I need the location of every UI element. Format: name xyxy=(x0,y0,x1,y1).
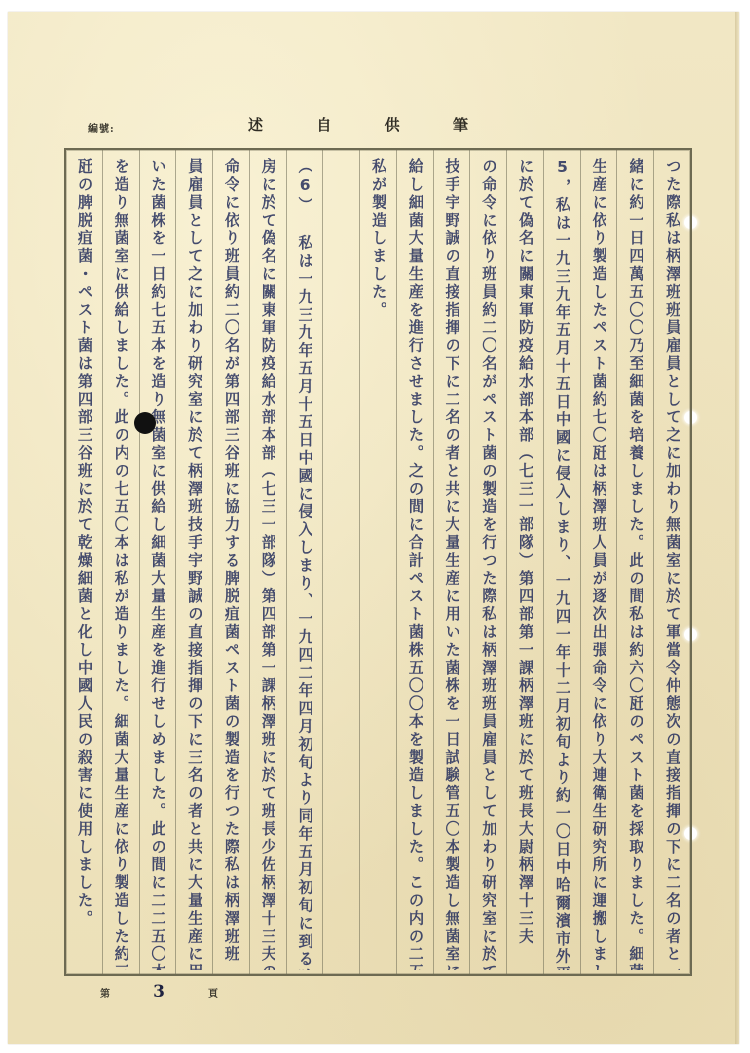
column-text: の命令に依り班員約二〇名がペスト菌の製造を行つた際私は柄澤班班員雇員として加わり… xyxy=(481,150,497,970)
text-column: 私が製造しました。 xyxy=(359,150,396,974)
text-column: 瓩の脾脱疽菌・ペスト菌は第四部三谷班に於て乾燥細菌と化し中國人民の殺害に使用しま… xyxy=(66,150,102,974)
column-text: に於て偽名に關東軍防疫給水部本部（七三一部隊）第四部第一課柄澤班に於て班長大尉柄… xyxy=(517,150,533,970)
text-column: 生産に依り製造したペスト菌約七〇瓩は柄澤班人員が逐次出張命令に依り大連衛生研究所… xyxy=(580,150,617,974)
text-column: 給し細菌大量生産を進行させました。之の間に合計ペスト菌株五〇〇本を製造しました。… xyxy=(396,150,433,974)
text-column: の命令に依り班員約二〇名がペスト菌の製造を行つた際私は柄澤班班員雇員として加わり… xyxy=(469,150,506,974)
title-char: 供 xyxy=(385,114,400,135)
text-column: 技手宇野誠の直接指揮の下に二名の者と共に大量生産に用いた菌株を一日試験管五〇本製… xyxy=(433,150,470,974)
title-char: 自 xyxy=(316,114,331,135)
column-text: 給し細菌大量生産を進行させました。之の間に合計ペスト菌株五〇〇本を製造しました。… xyxy=(407,150,423,970)
text-column: 命令に依り班員約二〇名が第四部三谷班に協力する脾脱疽菌ペスト菌の製造を行つた際私… xyxy=(212,150,249,974)
column-text: 緒に約一日四萬五〇〇乃至細菌を培養しました。此の間私は約六〇瓩のペスト菌を採取り… xyxy=(628,150,644,970)
text-column: に於て偽名に關東軍防疫給水部本部（七三一部隊）第四部第一課柄澤班に於て班長大尉柄… xyxy=(506,150,543,974)
text-column: を造り無菌室に供給しました。此の内の七五〇本は私が造りました。細菌大量生産に依り… xyxy=(102,150,139,974)
text-column: つた際私は柄澤班班員雇員として之に加わり無菌室に於て軍當令仲態次の直接指揮の下に… xyxy=(653,150,690,974)
ruled-writing-frame: つた際私は柄澤班班員雇員として之に加わり無菌室に於て軍當令仲態次の直接指揮の下に… xyxy=(64,148,692,976)
column-text: つた際私は柄澤班班員雇員として之に加わり無菌室に於て軍當令仲態次の直接指揮の下に… xyxy=(664,150,680,970)
page-number: 3 xyxy=(153,982,165,1002)
text-column xyxy=(322,150,359,974)
text-column: （6） 私は一九三九年五月十五日中國に侵入しまり、一九四二年四月初旬より同年五月… xyxy=(286,150,323,974)
column-text: 技手宇野誠の直接指揮の下に二名の者と共に大量生産に用いた菌株を一日試験管五〇本製… xyxy=(444,150,460,970)
column-text: 生産に依り製造したペスト菌約七〇瓩は柄澤班人員が逐次出張命令に依り大連衛生研究所… xyxy=(591,150,607,970)
column-text: いた菌株を一日約七五本を造り無菌室に供給し細菌大量生産を進行せしめました。此の間… xyxy=(150,150,166,970)
page-suffix: 頁 xyxy=(208,985,218,1000)
column-text: 瓩の脾脱疽菌・ペスト菌は第四部三谷班に於て乾燥細菌と化し中國人民の殺害に使用しま… xyxy=(76,150,92,970)
column-text: （6） 私は一九三九年五月十五日中國に侵入しまり、一九四二年四月初旬より同年五月… xyxy=(297,150,313,970)
column-text: を造り無菌室に供給しました。此の内の七五〇本は私が造りました。細菌大量生産に依り… xyxy=(113,150,129,970)
page-edge xyxy=(735,12,739,1044)
text-column: 員雇員として之に加わり研究室に於て柄澤班技手宇野誠の直接指揮の下に三名の者と共に… xyxy=(175,150,212,974)
column-text: 命令に依り班員約二〇名が第四部三谷班に協力する脾脱疽菌ペスト菌の製造を行つた際私… xyxy=(223,150,239,970)
page-number-footer: 第 3 頁 xyxy=(100,982,218,1002)
text-column: 房に於て偽名に關東軍防疫給水部本部（七三一部隊）第四部第一課柄澤班に於て班長少佐… xyxy=(249,150,286,974)
title-char: 述 xyxy=(248,114,263,135)
page-prefix: 第 xyxy=(100,985,110,1000)
text-column: いた菌株を一日約七五本を造り無菌室に供給し細菌大量生産を進行せしめました。此の間… xyxy=(139,150,176,974)
ink-blot xyxy=(134,412,156,434)
text-column: 5，私は一九三九年五月十五日中國に侵入しまり、一九四一年十二月初旬より約一〇日中… xyxy=(543,150,580,974)
document-title: 述 自 供 筆 xyxy=(248,114,468,135)
column-text: 員雇員として之に加わり研究室に於て柄澤班技手宇野誠の直接指揮の下に三名の者と共に… xyxy=(186,150,202,970)
column-text: 5，私は一九三九年五月十五日中國に侵入しまり、一九四一年十二月初旬より約一〇日中… xyxy=(554,150,570,970)
column-text: 私が製造しました。 xyxy=(370,150,386,970)
serial-number-label: 編號: xyxy=(88,120,115,135)
title-char: 筆 xyxy=(453,114,468,135)
column-text: 房に於て偽名に關東軍防疫給水部本部（七三一部隊）第四部第一課柄澤班に於て班長少佐… xyxy=(260,150,276,970)
text-column: 緒に約一日四萬五〇〇乃至細菌を培養しました。此の間私は約六〇瓩のペスト菌を採取り… xyxy=(616,150,653,974)
